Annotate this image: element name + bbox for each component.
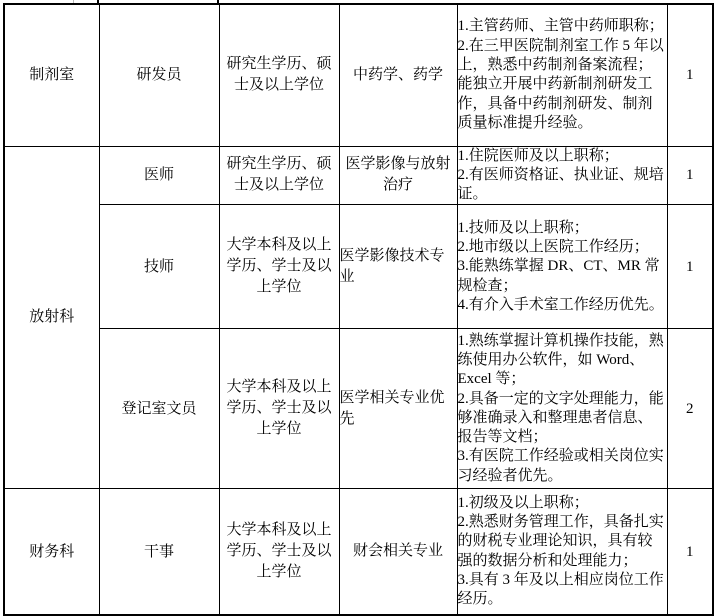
count-cell: 1	[667, 4, 713, 146]
department-cell: 放射科	[4, 146, 99, 489]
education-cell: 大学本科及以上学历、学士及以上学位	[219, 329, 339, 489]
recruitment-table: 制剂室 研发员 研究生学历、硕士及以上学位 中药学、药学 1.主管药师、主管中药…	[3, 3, 714, 616]
position-cell: 干事	[99, 489, 219, 615]
position-cell: 技师	[99, 205, 219, 329]
document-page: 制剂室 研发员 研究生学历、硕士及以上学位 中药学、药学 1.主管药师、主管中药…	[0, 0, 719, 616]
requirements-cell: 1.技师及以上职称； 2.地市级以上医院工作经历； 3.能熟练掌握 DR、CT、…	[457, 205, 667, 329]
major-cell: 财会相关专业	[339, 489, 457, 615]
position-cell: 医师	[99, 146, 219, 205]
education-cell: 研究生学历、硕士及以上学位	[219, 4, 339, 146]
requirements-cell: 1.主管药师、主管中药师职称； 2.在三甲医院制剂室工作 5 年以上，熟悉中药制…	[457, 4, 667, 146]
education-cell: 大学本科及以上学历、学士及以上学位	[219, 489, 339, 615]
requirements-cell: 1.初级及以上职称； 2.熟悉财务管理工作，具备扎实的财税专业理论知识，具有较强…	[457, 489, 667, 615]
major-cell: 医学影像技术专业	[339, 205, 457, 329]
education-cell: 研究生学历、硕士及以上学位	[219, 146, 339, 205]
requirements-cell: 1.住院医师及以上职称； 2.有医师资格证、执业证、规培证。	[457, 146, 667, 205]
count-cell: 1	[667, 146, 713, 205]
education-cell: 大学本科及以上学历、学士及以上学位	[219, 205, 339, 329]
department-cell: 制剂室	[4, 4, 99, 146]
table-row: 制剂室 研发员 研究生学历、硕士及以上学位 中药学、药学 1.主管药师、主管中药…	[4, 4, 713, 146]
position-cell: 登记室文员	[99, 329, 219, 489]
department-cell: 财务科	[4, 489, 99, 615]
major-cell: 医学影像与放射治疗	[339, 146, 457, 205]
table-row: 财务科 干事 大学本科及以上学历、学士及以上学位 财会相关专业 1.初级及以上职…	[4, 489, 713, 615]
requirements-cell: 1.熟练掌握计算机操作技能，熟练使用办公软件，如 Word、Excel 等； 2…	[457, 329, 667, 489]
major-cell: 医学相关专业优先	[339, 329, 457, 489]
count-cell: 1	[667, 205, 713, 329]
count-cell: 2	[667, 329, 713, 489]
table-row: 技师 大学本科及以上学历、学士及以上学位 医学影像技术专业 1.技师及以上职称；…	[4, 205, 713, 329]
position-cell: 研发员	[99, 4, 219, 146]
table-row: 登记室文员 大学本科及以上学历、学士及以上学位 医学相关专业优先 1.熟练掌握计…	[4, 329, 713, 489]
table-row: 放射科 医师 研究生学历、硕士及以上学位 医学影像与放射治疗 1.住院医师及以上…	[4, 146, 713, 205]
major-cell: 中药学、药学	[339, 4, 457, 146]
count-cell: 1	[667, 489, 713, 615]
